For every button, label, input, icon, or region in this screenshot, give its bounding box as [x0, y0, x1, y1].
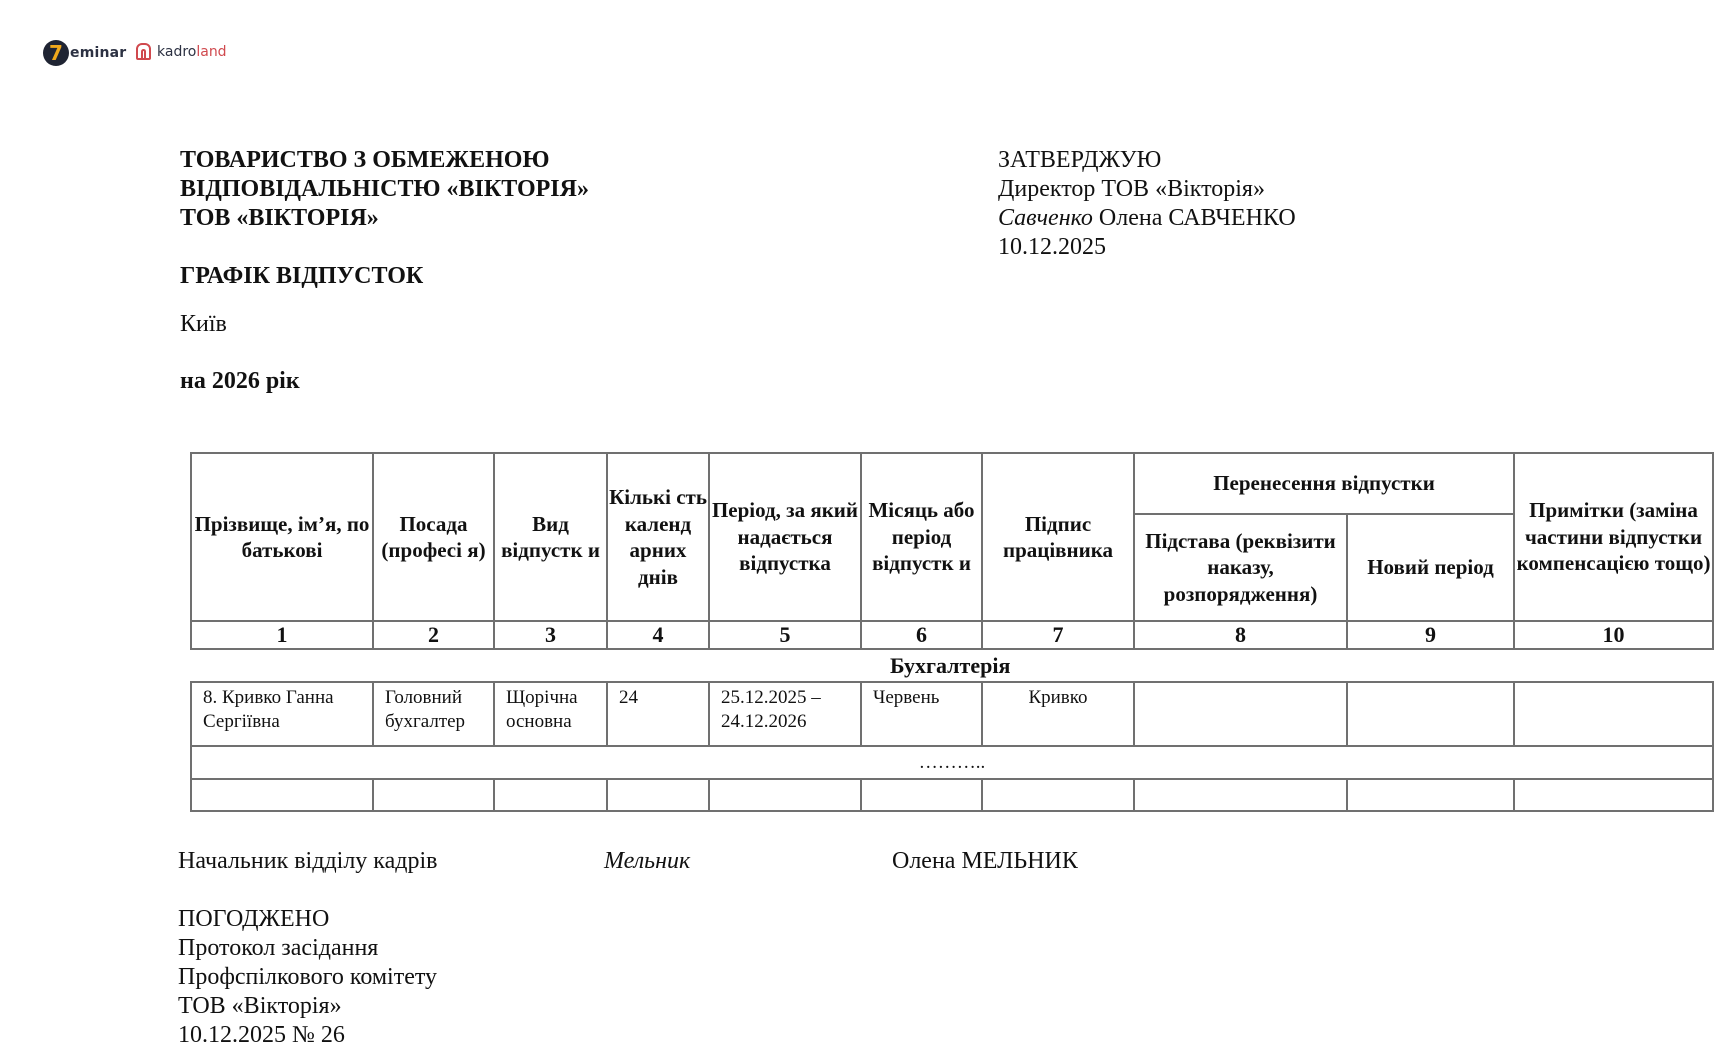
cell-days: 24	[607, 682, 709, 746]
org-short-name: ТОВ «ВІКТОРІЯ»	[180, 204, 379, 233]
approval-signature-line: Савченко Олена САВЧЕНКО	[998, 204, 1296, 233]
table-row-ellipsis: ………..	[191, 746, 1713, 779]
agreed-title: ПОГОДЖЕНО	[178, 905, 329, 934]
header-full-name: Прізвище, ім’я, по батькові	[191, 453, 373, 621]
empty-cell	[982, 779, 1134, 811]
column-number-1: 1	[191, 621, 373, 649]
column-number-5: 5	[709, 621, 861, 649]
cell-vacation-type: Щорічна основна	[494, 682, 607, 746]
ellipsis: ………..	[191, 746, 1713, 779]
cell-employee-signature: Кривко	[982, 682, 1134, 746]
table-row: 8. Кривко Ганна Сергіївна Головний бухга…	[191, 682, 1713, 746]
header-position: Посада (професі я)	[373, 453, 494, 621]
hr-head-name: Олена МЕЛЬНИК	[892, 847, 1078, 876]
column-number-4: 4	[607, 621, 709, 649]
empty-cell	[191, 779, 373, 811]
kadroland-text-accent: land	[196, 44, 226, 60]
header-period: Період, за який надається відпустка	[709, 453, 861, 621]
seminar-logo-text: eminar	[70, 45, 126, 61]
header-calendar-days: Кількі сть календ арних днів	[607, 453, 709, 621]
empty-cell	[1347, 779, 1514, 811]
header-month: Місяць або період відпустк и	[861, 453, 982, 621]
approval-title: ЗАТВЕРДЖУЮ	[998, 146, 1161, 175]
director-name: Олена САВЧЕНКО	[1099, 205, 1296, 231]
empty-cell	[494, 779, 607, 811]
cell-basis	[1134, 682, 1347, 746]
header-vacation-type: Вид відпустк и	[494, 453, 607, 621]
house-icon	[136, 43, 151, 60]
kadroland-logo-text: kadroland	[157, 44, 227, 60]
agreed-line-3: ТОВ «Вікторія»	[178, 992, 342, 1021]
seminar-logo: 7 eminar	[43, 40, 126, 66]
director-signature: Савченко	[998, 205, 1093, 231]
cell-notes	[1514, 682, 1713, 746]
section-title-accounting: Бухгалтерія	[890, 653, 1010, 679]
agreed-line-4: 10.12.2025 № 26	[178, 1021, 345, 1050]
column-number-8: 8	[1134, 621, 1347, 649]
cell-position: Головний бухгалтер	[373, 682, 494, 746]
column-number-3: 3	[494, 621, 607, 649]
table-row-empty	[191, 779, 1713, 811]
hr-head-signature: Мельник	[604, 847, 690, 876]
column-number-7: 7	[982, 621, 1134, 649]
column-number-10: 10	[1514, 621, 1713, 649]
header-basis: Підстава (реквізити наказу, розпорядженн…	[1134, 514, 1347, 621]
org-name-line-2: ВІДПОВІДАЛЬНІСТЮ «ВІКТОРІЯ»	[180, 175, 589, 204]
empty-cell	[1514, 779, 1713, 811]
year-line: на 2026 рік	[180, 367, 300, 396]
document-title: ГРАФІК ВІДПУСТОК	[180, 262, 423, 291]
kadroland-logo: kadroland	[136, 43, 227, 60]
empty-cell	[607, 779, 709, 811]
agreed-line-2: Профспілкового комітету	[178, 963, 437, 992]
approval-date: 10.12.2025	[998, 233, 1106, 262]
empty-cell	[709, 779, 861, 811]
agreed-line-1: Протокол засідання	[178, 934, 378, 963]
empty-cell	[373, 779, 494, 811]
cell-month: Червень	[861, 682, 982, 746]
org-name-line-1: ТОВАРИСТВО З ОБМЕЖЕНОЮ	[180, 146, 550, 175]
column-number-9: 9	[1347, 621, 1514, 649]
vacation-schedule-body: 8. Кривко Ганна Сергіївна Головний бухга…	[190, 681, 1714, 812]
city: Київ	[180, 310, 227, 339]
header-employee-signature: Підпис працівника	[982, 453, 1134, 621]
kadroland-text-dark: kadro	[157, 44, 196, 60]
approval-position: Директор ТОВ «Вікторія»	[998, 175, 1265, 204]
header-notes: Примітки (заміна частини відпустки компе…	[1514, 453, 1713, 621]
column-number-2: 2	[373, 621, 494, 649]
vacation-schedule-header: Прізвище, ім’я, по батькові Посада (проф…	[190, 452, 1714, 650]
empty-cell	[861, 779, 982, 811]
cell-full-name: 8. Кривко Ганна Сергіївна	[191, 682, 373, 746]
cell-period: 25.12.2025 – 24.12.2026	[709, 682, 861, 746]
hr-head-position: Начальник відділу кадрів	[178, 847, 437, 876]
cell-new-period	[1347, 682, 1514, 746]
empty-cell	[1134, 779, 1347, 811]
seven-badge-icon: 7	[43, 40, 69, 66]
column-number-6: 6	[861, 621, 982, 649]
header-new-period: Новий період	[1347, 514, 1514, 621]
header-vacation-transfer: Перенесення відпустки	[1134, 453, 1514, 514]
